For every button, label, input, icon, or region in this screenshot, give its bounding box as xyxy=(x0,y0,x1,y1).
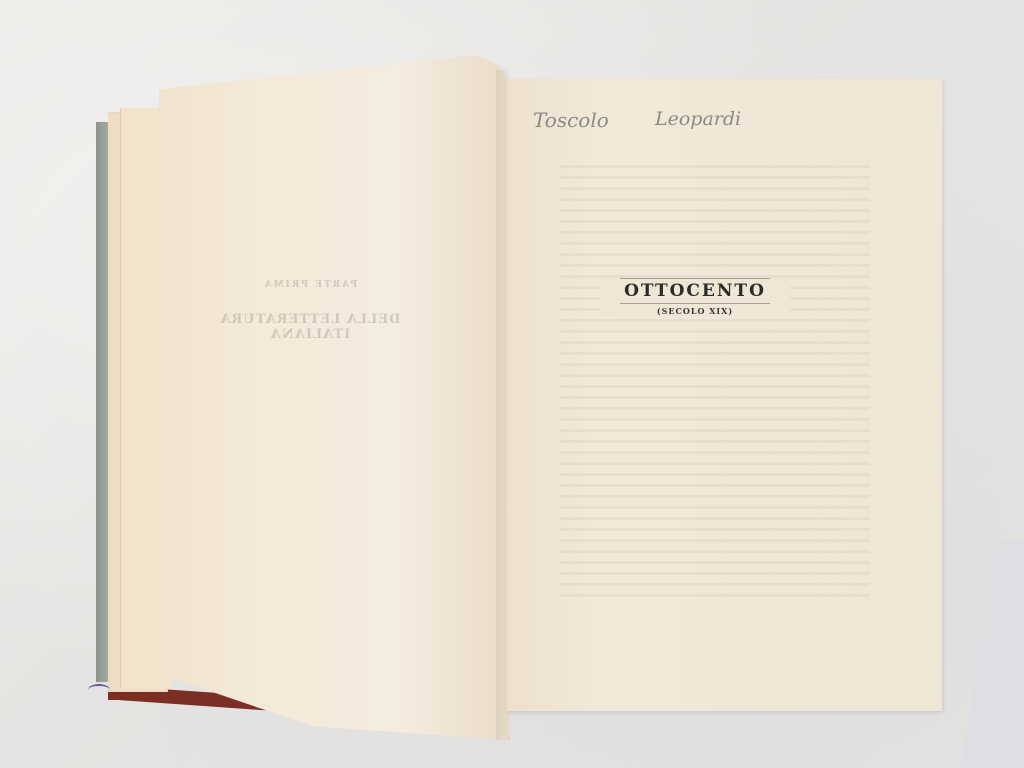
right-page-showthrough-textblock xyxy=(560,165,870,605)
book-gutter xyxy=(496,70,520,740)
left-page-showthrough-text: PARTE PRIMA DELLA LETTERATURA ITALIANA xyxy=(205,280,415,342)
showthrough-line-1: PARTE PRIMA xyxy=(205,280,415,290)
left-page xyxy=(152,55,510,740)
handwritten-note-1: Toscolo xyxy=(533,108,609,132)
section-subtitle: (SECOLO XIX) xyxy=(600,306,790,316)
showthrough-line-2: DELLA LETTERATURA ITALIANA xyxy=(205,312,415,342)
pen-mark xyxy=(88,684,110,696)
section-title-block: OTTOCENTO (SECOLO XIX) xyxy=(600,278,790,316)
handwritten-note-2: Leopardi xyxy=(655,108,741,130)
section-title: OTTOCENTO xyxy=(620,278,770,304)
